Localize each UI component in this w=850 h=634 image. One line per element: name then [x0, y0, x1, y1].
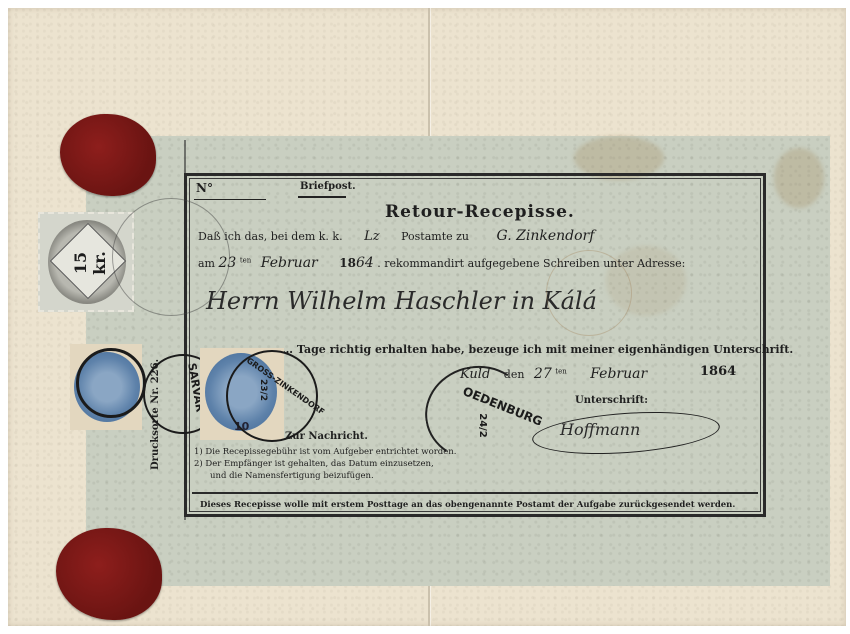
ten-suffix-2: ten: [555, 367, 566, 375]
stamp-denomination: 15 kr.: [71, 243, 109, 283]
footer-instruction: Dieses Recepisse wolle mit erstem Postta…: [200, 500, 735, 510]
signature-label: Unterschrift:: [575, 395, 648, 406]
footer-rule: [192, 492, 758, 494]
postmark-oedenburg-date: 24/2: [477, 413, 488, 438]
handwritten-origin-place: G. Zinkendorf: [497, 228, 595, 244]
handwritten-office: Lz: [364, 229, 379, 244]
postmark-faint-circle: [546, 250, 632, 336]
postmark-faint-circle: [112, 198, 230, 316]
number-underline: [194, 199, 266, 200]
year-printed: 18: [339, 256, 356, 270]
receipt-year: 1864: [700, 364, 736, 379]
postmark-obliterator: [76, 348, 146, 418]
year-handwritten: 64: [356, 255, 374, 271]
briefpost-label: Briefpost.: [300, 181, 356, 192]
line2-suffix: . rekommandirt aufgegebene Schreiben unt…: [377, 257, 685, 270]
handwritten-receipt-month: Februar: [590, 366, 647, 382]
handwritten-receipt-day: 27: [534, 366, 552, 382]
note-item: 2) Der Empfänger ist gehalten, das Datum…: [194, 459, 434, 469]
form-line-1: Daß ich das, bei dem k. k. Lz Postamte z…: [198, 228, 594, 244]
handwritten-address: Herrn Wilhelm Haschler in Kálá: [206, 287, 597, 315]
line1-middle: Postamte zu: [401, 230, 469, 243]
note-item: 1) Die Recepissegebühr ist vom Aufgeber …: [194, 447, 456, 457]
briefpost-underline: [298, 196, 346, 198]
ten-suffix: ten: [240, 256, 251, 264]
form-title: Retour-Recepisse.: [385, 202, 575, 222]
stain: [774, 148, 824, 208]
note-item: und die Namensfertigung beizufügen.: [210, 471, 374, 481]
handwritten-signature: Hoffmann: [560, 420, 640, 439]
number-label: N°: [196, 181, 213, 195]
handwritten-month: Februar: [261, 255, 318, 271]
form-line-4: … Tage richtig erhalten habe, bezeuge ic…: [282, 343, 793, 356]
postmark-gross-zinkendorf-date: 23/2: [258, 379, 268, 401]
